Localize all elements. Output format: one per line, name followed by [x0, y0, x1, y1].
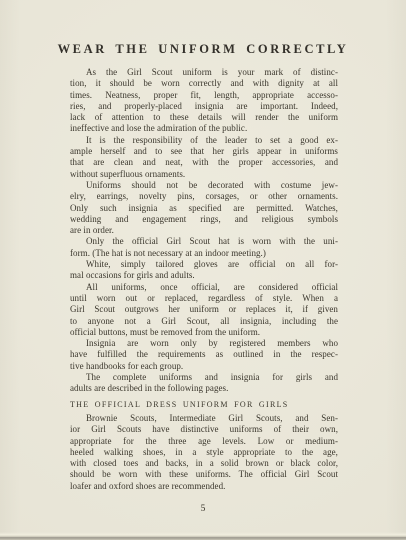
paragraph: Brownie Scouts, Intermediate Girl Scouts… — [70, 413, 338, 492]
text-line: Girl Scout outgrows her uniform or repla… — [70, 304, 338, 315]
section-heading: THE OFFICIAL DRESS UNIFORM FOR GIRLS — [70, 399, 338, 410]
text-line: times. Neatness, proper fit, length, app… — [70, 90, 338, 101]
text-block: As the Girl Scout uniform is your mark o… — [70, 67, 338, 492]
text-line: official buttons, must be removed from t… — [70, 327, 338, 338]
paragraph: Uniforms should not be decorated with co… — [70, 180, 338, 236]
text-line: Brownie Scouts, Intermediate Girl Scouts… — [70, 413, 338, 424]
text-line: to anyone not a Girl Scout, all insignia… — [70, 316, 338, 327]
text-line: are in order. — [70, 225, 338, 236]
text-line: It is the responsibility of the leader t… — [70, 135, 338, 146]
text-line: ior Girl Scouts have distinctive uniform… — [70, 424, 338, 435]
paragraph: As the Girl Scout uniform is your mark o… — [70, 67, 338, 135]
text-line: mal occasions for girls and adults. — [70, 270, 338, 281]
text-line: Insignia are worn only by registered mem… — [70, 338, 338, 349]
paragraph: All uniforms, once official, are conside… — [70, 282, 338, 338]
text-line: tive handbooks for each group. — [70, 361, 338, 372]
paragraph: White, simply tailored gloves are offici… — [70, 259, 338, 282]
text-line: White, simply tailored gloves are offici… — [70, 259, 338, 270]
text-line: ineffective and lose the admiration of t… — [70, 123, 338, 134]
text-line: that are clean and neat, with the proper… — [70, 157, 338, 168]
page-title: WEAR THE UNIFORM CORRECTLY — [0, 42, 406, 57]
scan-bottom-edge — [0, 532, 406, 540]
paragraph: The complete uniforms and insignia for g… — [70, 372, 338, 395]
text-line: until worn out or replaced, regardless o… — [70, 293, 338, 304]
text-line: ample herself and to see that her girls … — [70, 146, 338, 157]
paragraph: Insignia are worn only by registered mem… — [70, 338, 338, 372]
text-line: All uniforms, once official, are conside… — [70, 282, 338, 293]
paragraph: It is the responsibility of the leader t… — [70, 135, 338, 180]
text-line: tion, it should be worn correctly and wi… — [70, 78, 338, 89]
text-line: form. (The hat is not necessary at an in… — [70, 248, 338, 259]
text-line: appropriate for the three age levels. Lo… — [70, 436, 338, 447]
text-line: adults are described in the following pa… — [70, 383, 338, 394]
text-line: elry, earrings, novelty pins, corsages, … — [70, 191, 338, 202]
text-line: have fulfilled the requirements as outli… — [70, 349, 338, 360]
text-line: Only the official Girl Scout hat is worn… — [70, 236, 338, 247]
text-line: The complete uniforms and insignia for g… — [70, 372, 338, 383]
text-line: As the Girl Scout uniform is your mark o… — [70, 67, 338, 78]
text-line: should be worn with these uniforms. The … — [70, 469, 338, 480]
text-line: with closed toes and backs, in a solid b… — [70, 458, 338, 469]
text-line: lack of attention to these details will … — [70, 112, 338, 123]
text-line: Uniforms should not be decorated with co… — [70, 180, 338, 191]
text-line: without superfluous ornaments. — [70, 169, 338, 180]
scanned-book-page: WEAR THE UNIFORM CORRECTLY As the Girl S… — [0, 0, 406, 540]
text-line: heeled walking shoes, in a style appropr… — [70, 447, 338, 458]
text-line: ries, and properly-placed insignia are i… — [70, 101, 338, 112]
text-line: Only such insignia as specified are perm… — [70, 203, 338, 214]
text-line: loafer and oxford shoes are recommended. — [70, 481, 338, 492]
paragraph: Only the official Girl Scout hat is worn… — [70, 236, 338, 259]
page-number: 5 — [0, 504, 406, 514]
text-line: wedding and engagement rings, and religi… — [70, 214, 338, 225]
